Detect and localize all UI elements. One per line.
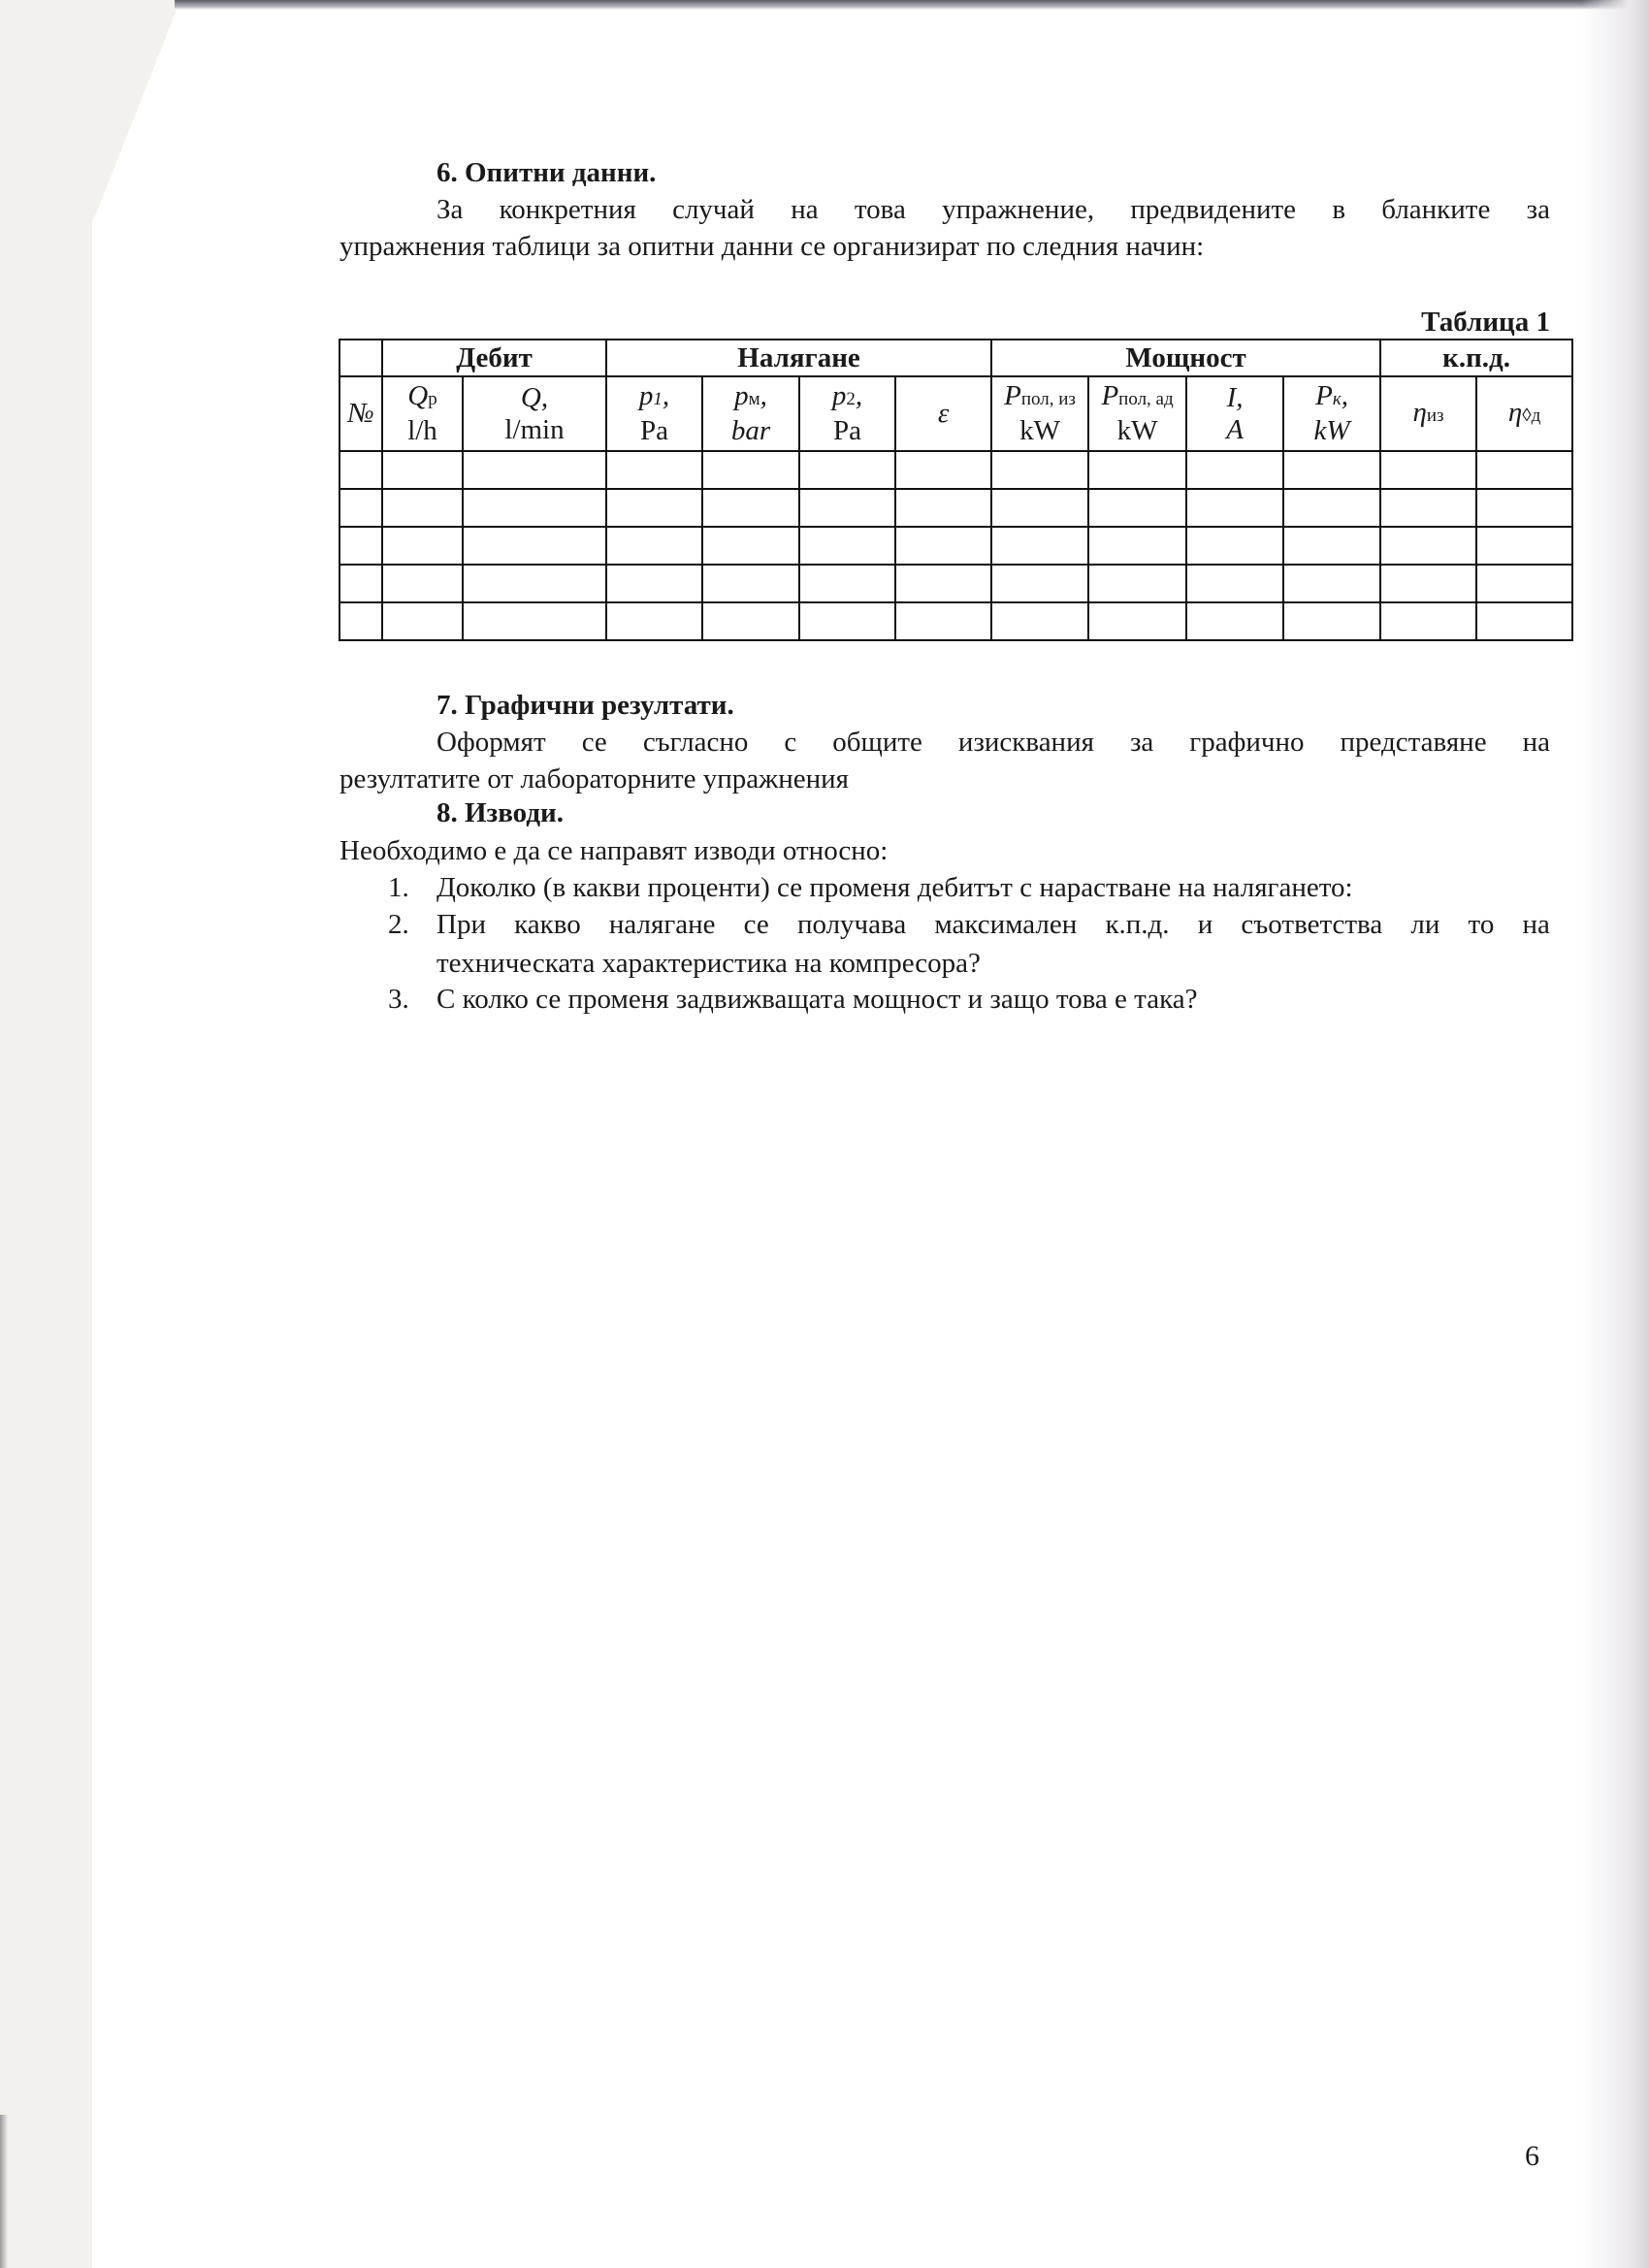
column-header: Pк,kW	[1283, 376, 1380, 451]
scan-top-edge	[175, 0, 1649, 10]
column-unit: l/h	[383, 415, 462, 447]
word: предвидените	[1130, 191, 1296, 228]
table-cell	[463, 602, 606, 640]
word: конкретния	[500, 191, 636, 228]
table-cell	[1380, 565, 1476, 602]
word: представяне	[1341, 724, 1487, 761]
table-caption: Таблица 1	[1387, 304, 1550, 340]
table-cell	[799, 527, 895, 565]
table-row	[339, 489, 1572, 527]
table-cell	[1088, 489, 1186, 527]
column-symbol: №	[340, 398, 381, 430]
group-header-efficiency: к.п.д.	[1380, 340, 1572, 376]
table-cell	[1186, 565, 1283, 602]
table-cell	[1283, 451, 1380, 489]
scan-right-shadow	[1581, 0, 1649, 2268]
table-cell	[382, 489, 463, 527]
column-symbol: Q,	[464, 382, 605, 414]
section-6-heading: 6. Опитни данни.	[436, 154, 656, 191]
table-cell	[991, 527, 1088, 565]
table-cell	[799, 489, 895, 527]
word: се	[744, 906, 769, 943]
word: какво	[514, 906, 581, 943]
section-6-paragraph-line-2: упражнения таблици за опитни данни се ор…	[339, 228, 1204, 265]
table-cell	[991, 602, 1088, 640]
table-cell	[1283, 489, 1380, 527]
table-cell	[606, 451, 702, 489]
table-cell	[702, 489, 799, 527]
section-6-paragraph-line-1: Законкретнияслучайнатоваупражнение,предв…	[436, 191, 1550, 228]
column-header: η◊д	[1476, 376, 1572, 451]
table-cell	[606, 565, 702, 602]
table-cell	[1283, 527, 1380, 565]
column-unit: bar	[703, 415, 798, 447]
group-header-power: Мощност	[991, 340, 1380, 376]
word: бланките	[1381, 191, 1490, 228]
word: в	[1332, 191, 1345, 228]
table-cell	[702, 451, 799, 489]
table-cell	[895, 527, 991, 565]
table-row	[339, 602, 1572, 640]
word: и	[1198, 906, 1213, 943]
column-unit: l/min	[464, 414, 605, 446]
word: общите	[832, 724, 922, 761]
table-cell	[606, 489, 702, 527]
table-cell	[1186, 451, 1283, 489]
column-unit: Pa	[607, 415, 701, 447]
section-8-intro: Необходимо е да се направят изводи относ…	[339, 832, 888, 869]
table-cell	[1476, 527, 1572, 565]
column-header: p1,Pa	[606, 376, 702, 451]
table-cell	[1088, 527, 1186, 565]
table-cell	[1283, 565, 1380, 602]
word: При	[436, 906, 486, 943]
word: на	[1523, 724, 1550, 761]
table-row	[339, 565, 1572, 602]
word: за	[1130, 724, 1153, 761]
table-cell	[1186, 489, 1283, 527]
table-cell	[1088, 451, 1186, 489]
table-cell	[1088, 565, 1186, 602]
column-header: pм,bar	[702, 376, 799, 451]
column-unit: kW	[992, 415, 1087, 447]
column-symbol: ε	[896, 398, 990, 430]
word: За	[436, 191, 463, 228]
scan-background-left	[0, 0, 184, 2268]
table-row	[339, 451, 1572, 489]
column-header: I,A	[1186, 376, 1283, 451]
table-cell	[1186, 602, 1283, 640]
table-cell	[799, 602, 895, 640]
table-cell	[606, 527, 702, 565]
list-item-1-number: 1.	[388, 869, 409, 906]
word: получава	[797, 906, 906, 943]
column-symbol: Qр	[383, 380, 462, 415]
list-item-2-number: 2.	[388, 906, 409, 943]
table-cell	[1088, 602, 1186, 640]
column-symbol: p2,	[800, 380, 894, 415]
word: случай	[672, 191, 755, 228]
word: ли	[1410, 906, 1439, 943]
page-number: 6	[1525, 2140, 1539, 2173]
table-cell	[1380, 602, 1476, 640]
column-symbol: ηиз	[1381, 397, 1475, 432]
table-cell	[339, 565, 382, 602]
group-header-flow: Дебит	[382, 340, 606, 376]
word: на	[791, 191, 818, 228]
table-cell	[991, 565, 1088, 602]
section-7-heading: 7. Графични резултати.	[436, 687, 734, 724]
word: за	[1527, 191, 1550, 228]
table-cell	[463, 451, 606, 489]
experimental-data-table: Дебит Налягане Мощност к.п.д. №Qрl/hQ,l/…	[339, 339, 1573, 641]
column-header: Qрl/h	[382, 376, 463, 451]
table-cell	[463, 527, 606, 565]
word: изисквания	[958, 724, 1094, 761]
word: графично	[1189, 724, 1304, 761]
list-item-2-line-1: Прикаквоналяганесеполучавамаксималенк.п.…	[436, 906, 1550, 943]
table-cell	[1380, 451, 1476, 489]
table-cell	[339, 527, 382, 565]
column-header: Q,l/min	[463, 376, 606, 451]
table-cell	[463, 489, 606, 527]
table-cell	[1380, 527, 1476, 565]
word: съгласно	[643, 724, 749, 761]
word: максимален	[934, 906, 1077, 943]
word: налягане	[609, 906, 716, 943]
column-symbol: Pпол, ад	[1089, 380, 1185, 415]
table-cell	[702, 565, 799, 602]
table-cell	[382, 602, 463, 640]
table-cell	[1476, 451, 1572, 489]
table-cell	[382, 565, 463, 602]
column-header: Pпол, изkW	[991, 376, 1088, 451]
word: на	[1522, 906, 1549, 943]
column-header: ε	[895, 376, 991, 451]
table-cell	[1476, 489, 1572, 527]
table-cell	[702, 527, 799, 565]
word: Оформят	[436, 724, 546, 761]
section-8-heading: 8. Изводи.	[436, 794, 564, 831]
section-7-paragraph-line-1: Оформятсесъгласнособщитеизискваниязаграф…	[436, 724, 1550, 761]
table-cell	[382, 527, 463, 565]
table-cell	[1380, 489, 1476, 527]
table-cell	[463, 565, 606, 602]
section-7-paragraph-line-2: резултатите от лабораторните упражнения	[339, 761, 849, 797]
word: съответства	[1241, 906, 1382, 943]
column-header-row: №Qрl/hQ,l/minp1,Papм,barp2,PaεPпол, изkW…	[339, 376, 1572, 451]
table-cell	[339, 451, 382, 489]
column-symbol: Pпол, из	[992, 380, 1087, 415]
header-empty-cell	[339, 340, 382, 376]
scan-edge-shadow	[0, 2115, 8, 2268]
word: упражнение,	[942, 191, 1094, 228]
word: това	[855, 191, 906, 228]
column-unit: kW	[1089, 415, 1185, 447]
column-symbol: pм,	[703, 380, 798, 415]
table-cell	[382, 451, 463, 489]
column-header: ηиз	[1380, 376, 1476, 451]
table-cell	[606, 602, 702, 640]
column-symbol: I,	[1187, 382, 1282, 414]
column-unit: A	[1187, 414, 1282, 446]
column-symbol: Pк,	[1284, 380, 1379, 415]
table-cell	[1476, 565, 1572, 602]
table-cell	[799, 451, 895, 489]
list-item-2-line-2: техническата характеристика на компресор…	[436, 945, 981, 982]
word: то	[1469, 906, 1495, 943]
column-unit: Pa	[800, 415, 894, 447]
table-row	[339, 527, 1572, 565]
list-item-3-number: 3.	[388, 981, 409, 1018]
table-cell	[895, 565, 991, 602]
column-symbol: p1,	[607, 380, 701, 415]
list-item-1-text: Доколко (в какви проценти) се променя де…	[436, 869, 1353, 906]
column-header: №	[339, 376, 382, 451]
table-cell	[991, 451, 1088, 489]
group-header-pressure: Налягане	[606, 340, 991, 376]
table-cell	[895, 489, 991, 527]
column-header: p2,Pa	[799, 376, 895, 451]
table-cell	[339, 602, 382, 640]
list-item-3-text: С колко се променя задвижващата мощност …	[436, 981, 1197, 1018]
column-symbol: η◊д	[1477, 397, 1571, 432]
word: к.п.д.	[1105, 906, 1169, 943]
table-cell	[1186, 527, 1283, 565]
table-cell	[1283, 602, 1380, 640]
word: се	[582, 724, 607, 761]
table-cell	[799, 565, 895, 602]
table-cell	[895, 602, 991, 640]
word: с	[784, 724, 796, 761]
table-cell	[1476, 602, 1572, 640]
table-cell	[991, 489, 1088, 527]
table-cell	[702, 602, 799, 640]
table-cell	[339, 489, 382, 527]
table-cell	[895, 451, 991, 489]
column-header: Pпол, адkW	[1088, 376, 1186, 451]
column-unit: kW	[1284, 415, 1379, 447]
